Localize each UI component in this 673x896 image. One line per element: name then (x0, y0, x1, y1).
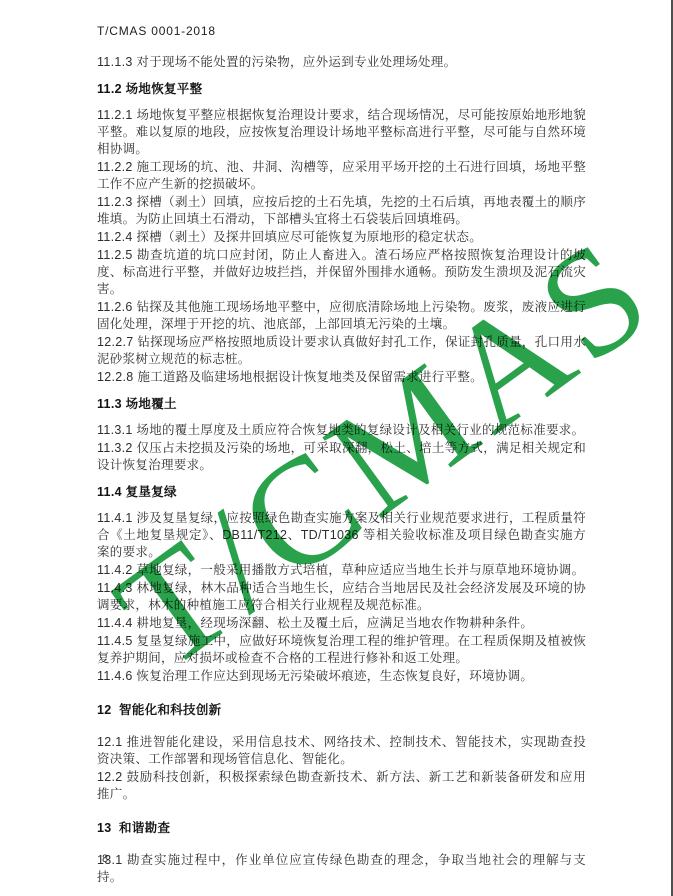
clause-paragraph: 11.3.1 场地的覆土厚度及土质应符合恢复地类的复绿设计及相关行业的规范标准要… (97, 422, 586, 439)
clause-paragraph: 11.4.6 恢复治理工作应达到现场无污染破坏痕迹，生态恢复良好，环境协调。 (97, 668, 586, 685)
clause-paragraph: 11.4.4 耕地复垦，经现场深翻、松土及覆土后，应满足当地农作物耕种条件。 (97, 615, 586, 632)
clause-paragraph: 11.2.3 探槽（剥土）回填，应按后挖的土石先填，先挖的土石后填，再地表覆土的… (97, 194, 586, 228)
clause-paragraph: 11.4.1 涉及复垦复绿，应按照绿色勘查实施方案及相关行业规范要求进行，工程质… (97, 510, 586, 561)
document-body: 11.1.3 对于现场不能处置的污染物，应外运到专业处理场处理。11.2 场地恢… (97, 54, 586, 887)
chapter-heading: 12 智能化和科技创新 (97, 702, 586, 719)
clause-paragraph: 11.2.6 钻探及其他施工现场场地平整中，应彻底清除场地上污染物。废浆，废液应… (97, 299, 586, 333)
clause-paragraph: 11.2.5 勘查坑道的坑口应封闭，防止人畜进入。渣石场应严格按照恢复治理设计的… (97, 247, 586, 298)
clause-paragraph: 11.4.3 林地复绿，林木品种适合当地生长，应结合当地居民及社会经济发展及环境… (97, 580, 586, 614)
clause-paragraph: 13.1 勘查实施过程中，作业单位应宣传绿色勘查的理念，争取当地社会的理解与支持… (97, 852, 586, 886)
chapter-heading: 13 和谐勘查 (97, 820, 586, 837)
clause-paragraph: 12.2 鼓励科技创新，积极探索绿色勘查新技术、新方法、新工艺和新装备研发和应用… (97, 769, 586, 803)
clause-paragraph: 12.2.7 钻探现场应严格按照地质设计要求认真做好封孔工作，保证封孔质量，孔口… (97, 334, 586, 368)
clause-paragraph: 11.2.2 施工现场的坑、池、井洞、沟槽等，应采用平场开挖的土石进行回填，场地… (97, 159, 586, 193)
clause-paragraph: 11.3.2 仅压占未挖损及污染的场地，可采取深翻，松土、培土等方式，满足相关规… (97, 440, 586, 474)
document-standard-number: T/CMAS 0001-2018 (97, 24, 216, 38)
section-heading: 11.4 复垦复绿 (97, 484, 586, 501)
document-page: T/CMAS 0001-2018 11.1.3 对于现场不能处置的污染物，应外运… (0, 0, 673, 896)
clause-paragraph: 11.1.3 对于现场不能处置的污染物，应外运到专业处理场处理。 (97, 54, 586, 71)
clause-paragraph: 12.2.8 施工道路及临建场地根据设计恢复地类及保留需求进行平整。 (97, 369, 586, 386)
clause-paragraph: 11.4.2 草地复绿，一般采用播散方式培植，草种应适应当地生长并与原草地环境协… (97, 562, 586, 579)
section-heading: 11.2 场地恢复平整 (97, 81, 586, 98)
clause-paragraph: 11.2.1 场地恢复平整应根据恢复治理设计要求，结合现场情况，尽可能按原始地形… (97, 107, 586, 158)
section-heading: 11.3 场地覆土 (97, 396, 586, 413)
clause-paragraph: 12.1 推进智能化建设，采用信息技术、网络技术、控制技术、智能技术，实现勘查投… (97, 734, 586, 768)
clause-paragraph: 11.4.5 复垦复绿施工中，应做好环境恢复治理工程的维护管理。在工程质保期及植… (97, 633, 586, 667)
clause-paragraph: 11.2.4 探槽（剥土）及探井回填应尽可能恢复为原地形的稳定状态。 (97, 229, 586, 246)
